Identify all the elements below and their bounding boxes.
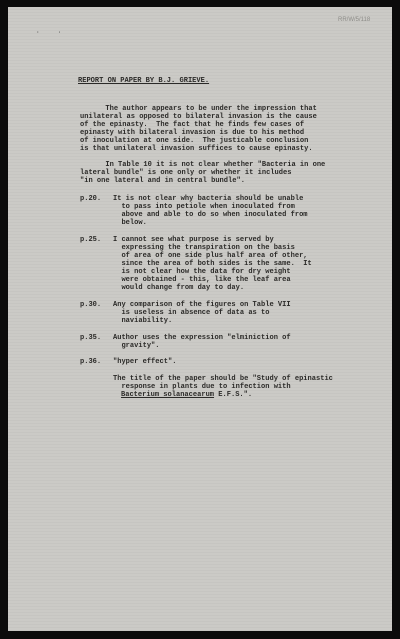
- page-number: p.30.: [80, 301, 101, 309]
- page-number: p.20.: [80, 195, 101, 203]
- text-line: were obtained - this, like the leaf area: [113, 276, 291, 284]
- page-number: p.25.: [80, 236, 101, 244]
- text-line: response in plants due to infection with: [113, 383, 291, 391]
- text-line: is useless in absence of data as to: [113, 309, 269, 317]
- text-line: since the area of both sides is the same…: [113, 260, 312, 268]
- punch-hole-marks: ··: [36, 29, 79, 36]
- text-line: Any comparison of the figures on Table V…: [113, 301, 291, 309]
- text-line: epinasty with bilateral invasion is due …: [80, 129, 304, 137]
- text-line: lateral bundle" is one only or whether i…: [80, 169, 291, 177]
- text-line: The author appears to be under the impre…: [80, 105, 317, 113]
- text-line: to pass into petiole when inoculated fro…: [113, 203, 295, 211]
- text-line: gravity".: [113, 342, 160, 350]
- text-line: above and able to do so when inoculated …: [113, 211, 308, 219]
- text-line: below.: [113, 219, 147, 227]
- archive-reference-mark: RR/W/5/118: [338, 17, 370, 23]
- text-line: In Table 10 it is not clear whether "Bac…: [80, 161, 325, 169]
- page-number: p.36.: [80, 358, 101, 366]
- text-line: naviability.: [113, 317, 172, 325]
- report-title: REPORT ON PAPER BY B.J. GRIEVE.: [78, 77, 209, 85]
- text-line: would change from day to day.: [113, 284, 244, 292]
- text-line: It is not clear why bacteria should be u…: [113, 195, 303, 203]
- text-line: expressing the transpiration on the basi…: [113, 244, 295, 252]
- page-number: p.35.: [80, 334, 101, 342]
- text-line: unilateral as opposed to bilateral invas…: [80, 113, 317, 121]
- text-line: is not clear how the data for dry weight: [113, 268, 291, 276]
- text-line: "hyper effect".: [113, 358, 176, 366]
- text-line: of area of one side plus half area of ot…: [113, 252, 308, 260]
- text-line: Author uses the expression "elminiction …: [113, 334, 291, 342]
- species-name: Bacterium solanacearum: [121, 391, 214, 399]
- text-line: of inoculation at one side. The justicab…: [80, 137, 308, 145]
- text-line: I cannot see what purpose is served by: [113, 236, 274, 244]
- text-line: The title of the paper should be "Study …: [113, 375, 333, 383]
- text-line: of the epinasty. The fact that he finds …: [80, 121, 304, 129]
- text-line: is that unilateral invasion suffices to …: [80, 145, 313, 153]
- document-page: RR/W/5/118 ·· REPORT ON PAPER BY B.J. GR…: [8, 7, 392, 631]
- species-line: Bacterium solanacearum E.F.S.".: [121, 391, 252, 399]
- text-line: "in one lateral and in central bundle".: [80, 177, 245, 185]
- species-suffix: E.F.S.".: [214, 391, 252, 399]
